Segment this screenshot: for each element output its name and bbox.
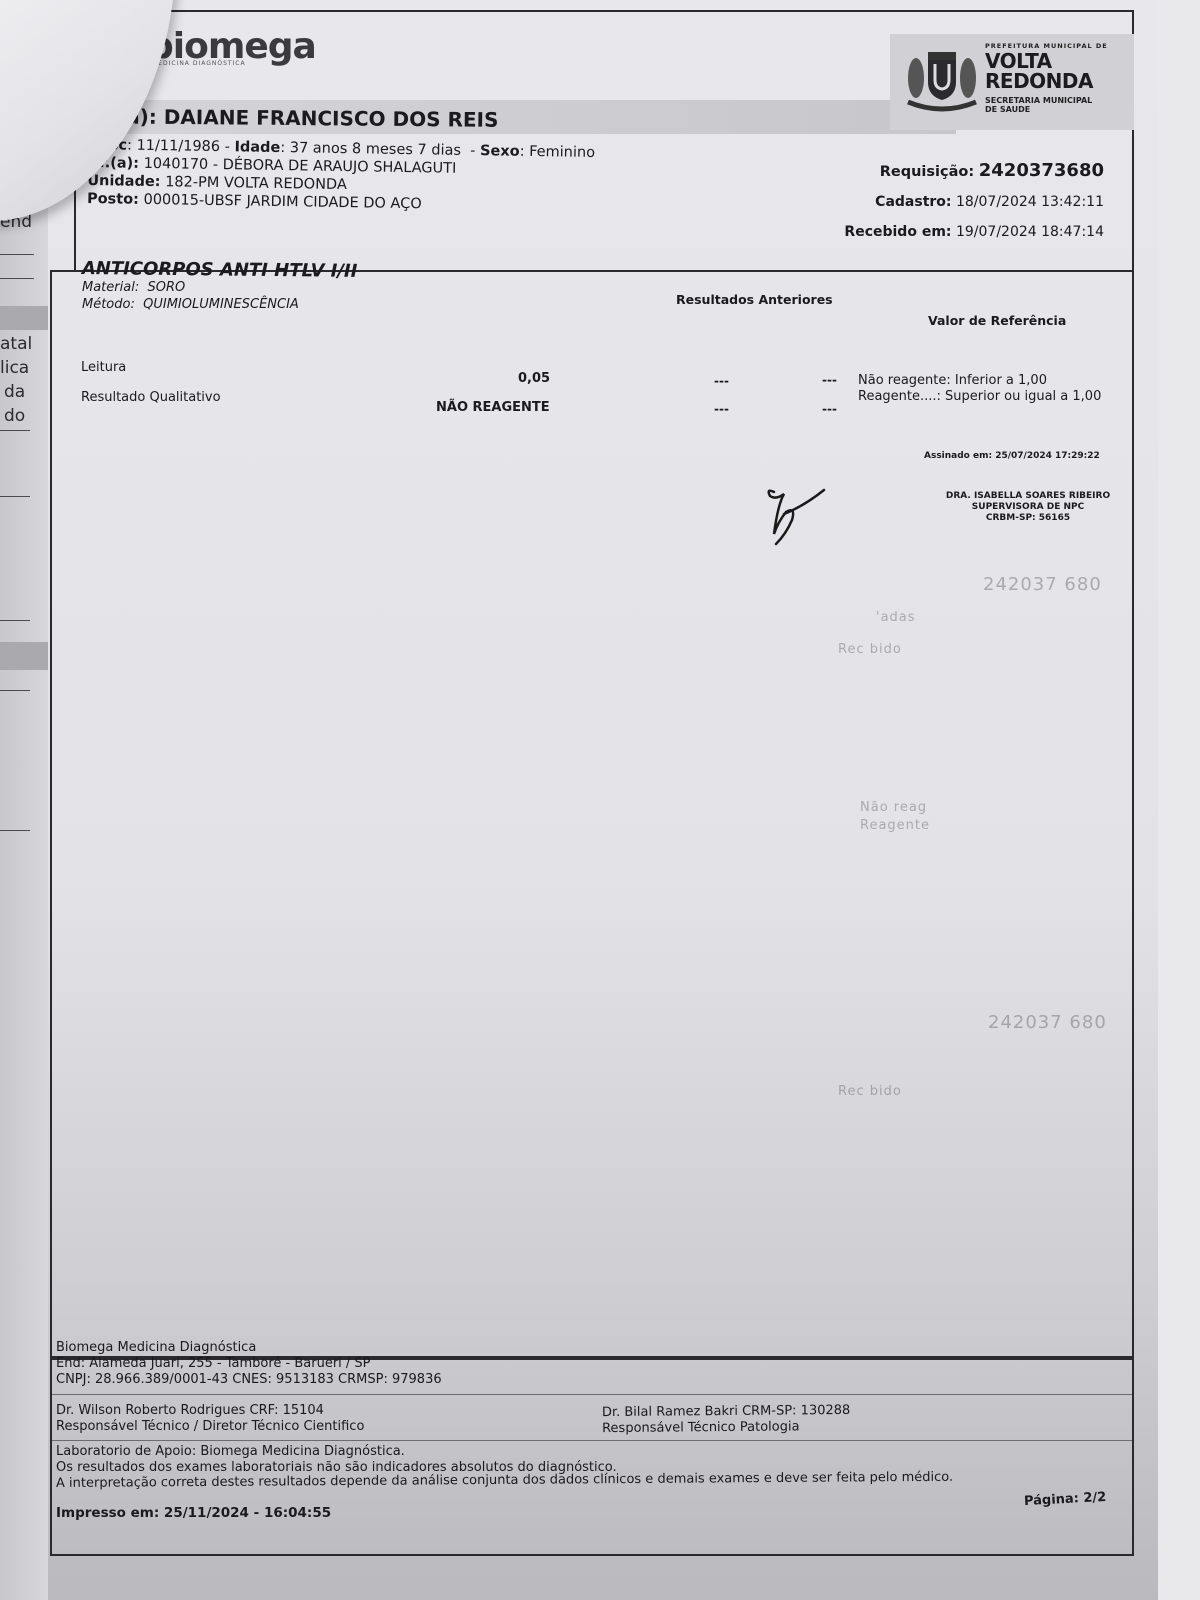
divider: [0, 278, 34, 279]
signer-name: DRA. ISABELLA SOARES RIBEIRO: [933, 491, 1123, 502]
underlying-text: atal: [0, 334, 32, 354]
divider: [0, 620, 30, 621]
age-label: Idade: [234, 139, 280, 156]
company-address: End: Alameda Juari, 255 - Tamboré - Baru…: [56, 1356, 442, 1372]
received: Recebido em: 19/07/2024 18:47:14: [844, 224, 1104, 240]
bleed-through-text: 242037 680: [983, 574, 1102, 595]
divider: [0, 830, 30, 831]
material-line: Material: SORO: [82, 279, 299, 296]
qualitative-label: Resultado Qualitativo: [81, 390, 221, 405]
footer-divider: [52, 1394, 1132, 1395]
secretariat-line1: SECRETARIA MUNICIPAL: [985, 96, 1092, 105]
company-name: Biomega Medicina Diagnóstica: [56, 1340, 442, 1356]
unit-label: Unidade:: [87, 173, 160, 190]
reference-non-reactive: Não reagente: Inferior a 1,00: [858, 373, 1101, 389]
age-value: 37 anos 8 meses 7 dias: [290, 140, 461, 159]
tech-responsible-1: Dr. Wilson Roberto Rodrigues CRF: 15104 …: [56, 1403, 364, 1435]
bleed-through-text: Reagente: [860, 818, 930, 833]
reference-header: Valor de Referência: [928, 313, 1066, 328]
signer-role: SUPERVISORA DE NPC: [933, 502, 1123, 513]
requisition-label: Requisição:: [880, 164, 974, 180]
unit-value: 182-PM VOLTA REDONDA: [165, 174, 347, 193]
company-ids: CNPJ: 28.966.389/0001-43 CNES: 9513183 C…: [56, 1372, 442, 1388]
reference-values: Não reagente: Inferior a 1,00 Reagente..…: [858, 373, 1101, 405]
tech1-role: Responsável Técnico / Diretor Técnico Ci…: [56, 1419, 364, 1435]
divider: [0, 430, 30, 431]
brand-subtitle: MEDICINA DIAGNÓSTICA: [152, 60, 246, 67]
qualitative-previous-2: ---: [822, 402, 837, 416]
city-crest-icon: [906, 46, 978, 112]
divider: [0, 690, 30, 691]
patient-info: Nasc: 11/11/1986 - Idade: 37 anos 8 mese…: [87, 136, 595, 216]
printed-at: Impresso em: 25/11/2024 - 16:04:55: [56, 1505, 331, 1521]
qualitative-previous-1: ---: [714, 402, 729, 416]
bleed-through-text: 242037 680: [988, 1012, 1107, 1033]
secretariat-line2: DE SAUDE: [985, 105, 1092, 114]
reading-value: 0,05: [518, 371, 550, 386]
tech1-name: Dr. Wilson Roberto Rodrigues CRF: 15104: [56, 1403, 364, 1419]
tech-responsible-2: Dr. Bilal Ramez Bakri CRM-SP: 130288 Res…: [602, 1403, 851, 1437]
sex-label: Sexo: [480, 143, 520, 160]
patient-name: Sr.(a): DAIANE FRANCISCO DOS REIS: [88, 104, 499, 132]
patient-name-value: DAIANE FRANCISCO DOS REIS: [164, 105, 499, 132]
divider: [0, 254, 34, 255]
cadastro: Cadastro: 18/07/2024 13:42:11: [875, 194, 1104, 210]
bleed-through-text: Rec bido: [838, 642, 902, 657]
city-name-line2: REDONDA: [985, 71, 1093, 91]
bleed-through-text: 'adas: [876, 610, 916, 625]
tech2-role: Responsável Técnico Patologia: [602, 1419, 850, 1437]
method-value: QUIMIOLUMINESCÊNCIA: [143, 297, 299, 312]
material-value: SORO: [147, 280, 185, 295]
previous-results-header: Resultados Anteriores: [676, 292, 833, 307]
reading-previous-2: ---: [822, 373, 837, 387]
received-value: 19/07/2024 18:47:14: [956, 224, 1104, 240]
city-name-line1: VOLTA: [985, 51, 1093, 71]
results-box: [50, 270, 1134, 1360]
sex-value: Feminino: [529, 144, 595, 161]
footer-company: Biomega Medicina Diagnóstica End: Alamed…: [56, 1340, 442, 1388]
underlying-text: do: [4, 406, 25, 426]
bleed-through-text: Não reag: [860, 800, 927, 815]
reading-previous-1: ---: [714, 374, 729, 388]
qualitative-value: NÃO REAGENTE: [436, 400, 550, 415]
received-label: Recebido em:: [844, 224, 951, 240]
cadastro-label: Cadastro:: [875, 194, 951, 210]
footer-disclaimers: Laboratorio de Apoio: Biomega Medicina D…: [56, 1444, 953, 1492]
method-label: Método:: [82, 297, 135, 312]
reading-label: Leitura: [81, 360, 126, 375]
bleed-through-text: Rec bido: [838, 1084, 902, 1099]
signature-scribble-icon: [760, 480, 832, 552]
requisition-number: 2420373680: [979, 160, 1104, 181]
method-line: Método: QUIMIOLUMINESCÊNCIA: [82, 296, 299, 313]
city-name: VOLTA REDONDA: [985, 51, 1093, 91]
requisition: Requisição: 2420373680: [880, 160, 1104, 181]
support-lab: Laboratorio de Apoio: Biomega Medicina D…: [56, 1444, 953, 1460]
birth-value: 11/11/1986: [136, 138, 220, 155]
lab-report-sheet: biomega MEDICINA DIAGNÓSTICA PREFEITURA …: [48, 0, 1158, 1600]
underlying-text: da: [4, 382, 25, 402]
material-label: Material:: [82, 280, 139, 295]
signer-block: DRA. ISABELLA SOARES RIBEIRO SUPERVISORA…: [933, 491, 1123, 524]
underlying-text: lica: [0, 358, 29, 378]
cadastro-value: 18/07/2024 13:42:11: [956, 194, 1104, 210]
signer-registry: CRBM-SP: 56165: [933, 513, 1123, 524]
post-value: 000015-UBSF JARDIM CIDADE DO AÇO: [143, 192, 421, 212]
footer-divider: [52, 1440, 1132, 1441]
exam-meta: Material: SORO Método: QUIMIOLUMINESCÊNC…: [82, 279, 299, 313]
city-secretariat: SECRETARIA MUNICIPAL DE SAUDE: [985, 96, 1092, 114]
signed-at: Assinado em: 25/07/2024 17:29:22: [924, 451, 1100, 461]
divider: [0, 496, 30, 497]
tech2-name: Dr. Bilal Ramez Bakri CRM-SP: 130288: [602, 1403, 850, 1421]
reference-reactive: Reagente....: Superior ou igual a 1,00: [858, 389, 1101, 405]
post-label: Posto:: [87, 191, 139, 208]
